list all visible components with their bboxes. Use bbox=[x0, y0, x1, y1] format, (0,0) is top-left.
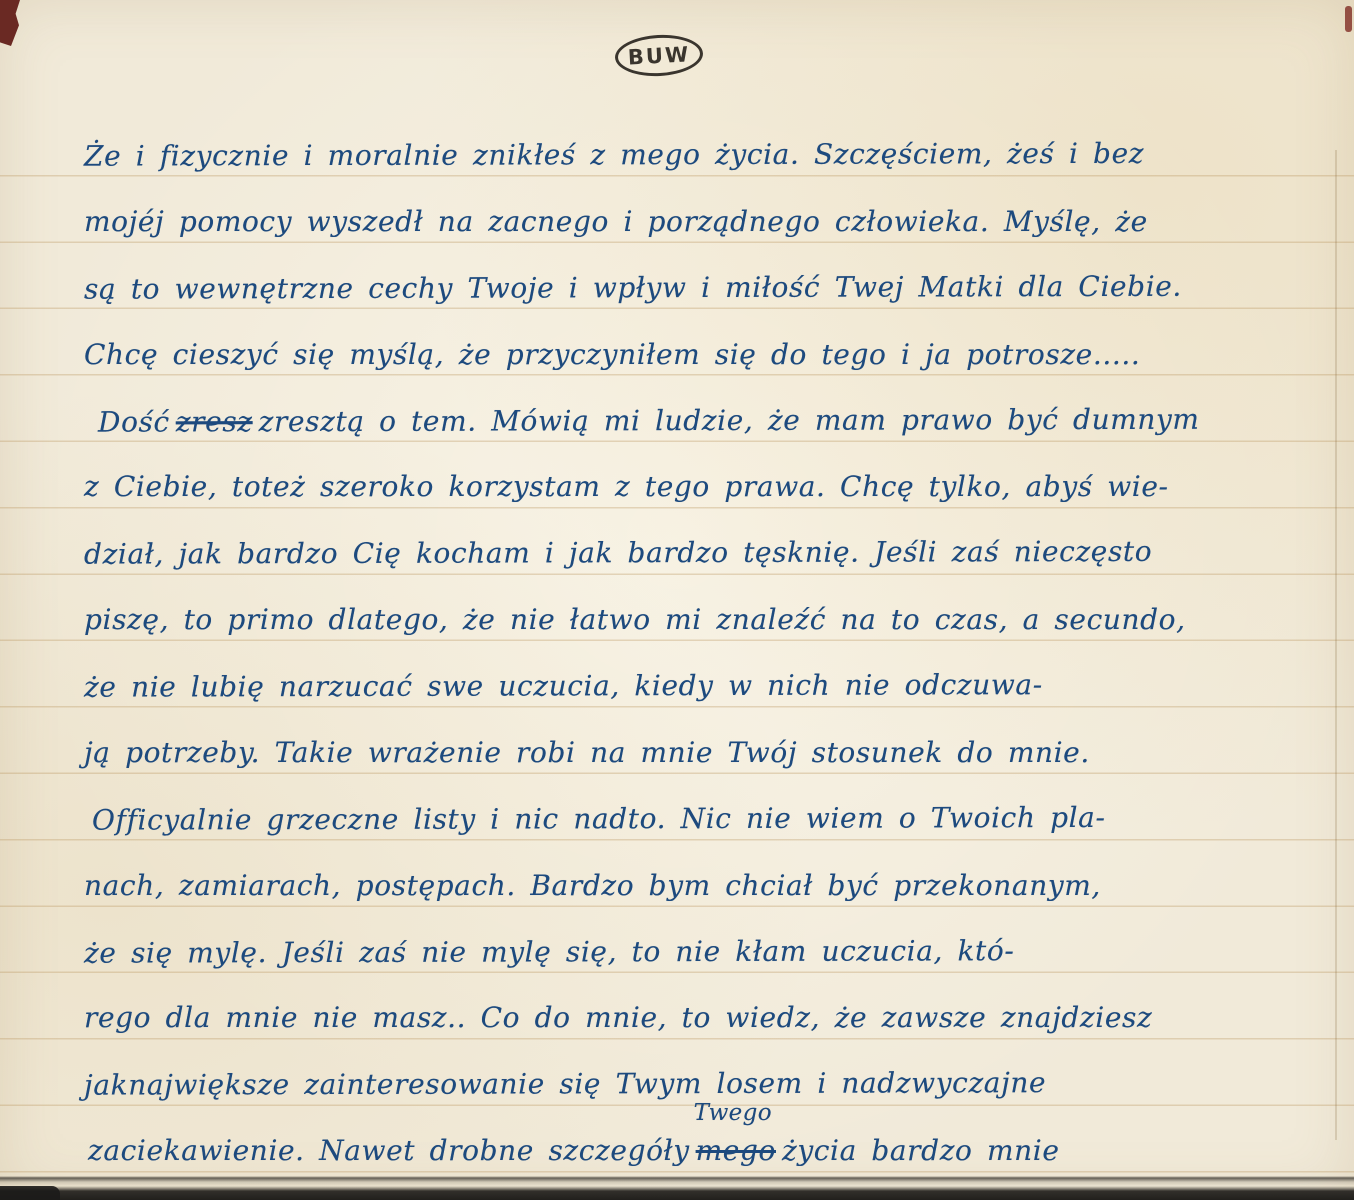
text-segment: jaknajwiększe zainteresowanie się Twym l… bbox=[84, 1067, 1046, 1103]
page-edge-bottom bbox=[0, 1170, 1354, 1200]
struck-word: mego bbox=[696, 1134, 776, 1167]
handwritten-line-7: dział, jak bardzo Cię kocham i jak bardz… bbox=[84, 509, 1328, 579]
text-segment: zaciekawienie. Nawet drobne szczegóły bbox=[88, 1134, 690, 1167]
inserted-word-above: Twego bbox=[694, 1100, 772, 1126]
handwritten-line-15: jaknajwiększe zainteresowanie się Twym l… bbox=[84, 1040, 1328, 1110]
handwritten-line-12: nach, zamiarach, postępach. Bardzo bym c… bbox=[84, 842, 1328, 908]
text-segment: Że i fizycznie i moralnie znikłeś z mego… bbox=[84, 137, 1144, 173]
text-segment: nach, zamiarach, postępach. Bardzo bym c… bbox=[84, 869, 1101, 902]
red-corner-mark-top-left bbox=[0, 0, 20, 46]
handwritten-line-10: ją potrzeby. Takie wrażenie robi na mnie… bbox=[84, 710, 1328, 776]
buw-library-stamp: BUW bbox=[614, 33, 704, 79]
text-segment: Chcę cieszyć się myślą, że przyczyniłem … bbox=[84, 338, 1140, 371]
text-segment: życia bardzo mnie bbox=[782, 1134, 1060, 1167]
handwritten-line-2: mojéj pomocy wyszedł na zacnego i porząd… bbox=[84, 178, 1328, 244]
text-segment: piszę, to primo dlatego, że nie łatwo mi… bbox=[84, 603, 1186, 636]
letter-page: BUW Że i fizycznie i moralnie znikłeś z … bbox=[0, 0, 1354, 1200]
page-edge-right bbox=[1335, 150, 1337, 1140]
handwritten-line-9: że nie lubię narzucać swe uczucia, kiedy… bbox=[84, 641, 1328, 711]
handwriting: Że i fizycznie i moralnie znikłeś z mego… bbox=[84, 112, 1328, 1174]
handwritten-line-1: Że i fizycznie i moralnie znikłeś z mego… bbox=[84, 110, 1328, 180]
text-segment: dział, jak bardzo Cię kocham i jak bardz… bbox=[84, 536, 1152, 572]
handwritten-line-4: Chcę cieszyć się myślą, że przyczyniłem … bbox=[84, 311, 1328, 377]
handwritten-line-6: z Ciebie, toteż szeroko korzystam z tego… bbox=[84, 444, 1328, 510]
text-segment: mojéj pomocy wyszedł na zacnego i porząd… bbox=[84, 205, 1148, 238]
text-segment: Dość bbox=[98, 405, 170, 438]
handwritten-line-3: są to wewnętrzne cechy Twoje i wpływ i m… bbox=[84, 243, 1328, 313]
red-corner-mark-top-right bbox=[1345, 6, 1352, 32]
handwritten-line-8: piszę, to primo dlatego, że nie łatwo mi… bbox=[84, 577, 1328, 643]
text-segment: rego dla mnie nie masz.. Co do mnie, to … bbox=[84, 1001, 1152, 1034]
handwritten-line-5: Dośćzreszzresztą o tem. Mówią mi ludzie,… bbox=[84, 376, 1328, 446]
handwritten-line-11: Officyalnie grzeczne listy i nic nadto. … bbox=[84, 774, 1328, 844]
handwritten-line-13: że się mylę. Jeśli zaś nie mylę się, to … bbox=[84, 907, 1328, 977]
text-segment: z Ciebie, toteż szeroko korzystam z tego… bbox=[84, 470, 1169, 503]
text-segment: ją potrzeby. Takie wrażenie robi na mnie… bbox=[84, 736, 1090, 769]
stamp-text: BUW bbox=[627, 42, 690, 69]
handwritten-line-14: rego dla mnie nie masz.. Co do mnie, to … bbox=[84, 975, 1328, 1041]
scan-shadow-bottom-left bbox=[0, 1186, 60, 1200]
text-segment: są to wewnętrzne cechy Twoje i wpływ i m… bbox=[84, 270, 1182, 306]
text-segment: Officyalnie grzeczne listy i nic nadto. … bbox=[92, 801, 1106, 837]
handwritten-line-16: zaciekawienie. Nawet drobne szczegółyTwe… bbox=[84, 1108, 1328, 1174]
text-segment: że się mylę. Jeśli zaś nie mylę się, to … bbox=[84, 934, 1014, 969]
text-segment: że nie lubię narzucać swe uczucia, kiedy… bbox=[84, 669, 1043, 705]
struck-word: zresz bbox=[176, 405, 253, 438]
correction: Twegomego bbox=[690, 1134, 782, 1167]
text-segment: zresztą o tem. Mówią mi ludzie, że mam p… bbox=[259, 403, 1200, 438]
